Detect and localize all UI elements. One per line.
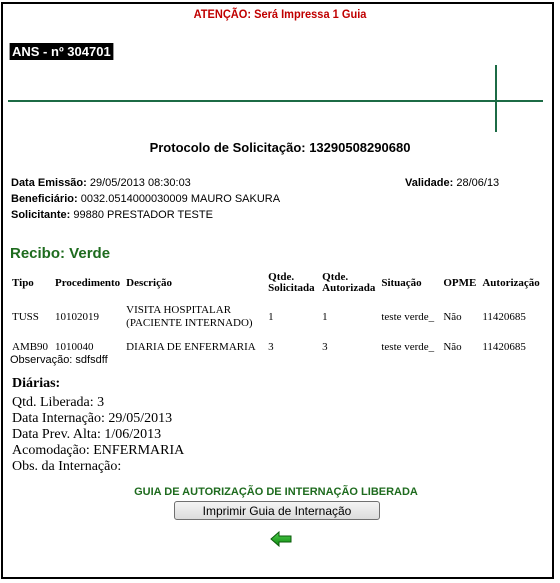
solicitante: Solicitante: 99880 PRESTADOR TESTE (11, 209, 213, 221)
cell-opme: Não (440, 298, 479, 336)
data-emissao: Data Emissão: 29/05/2013 08:30:03 (11, 177, 191, 189)
cell-descricao: DIARIA DE ENFERMARIA (123, 336, 265, 359)
table-row: TUSS 10102019 VISITA HOSPITALAR(PACIENTE… (9, 298, 545, 336)
cell-descricao-line1: VISITA HOSPITALAR (126, 304, 231, 316)
cell-qtde-solicitada: 3 (265, 336, 319, 359)
cell-autorizacao: 11420685 (479, 336, 545, 359)
cell-opme: Não (440, 336, 479, 359)
col-situacao: Situação (378, 268, 440, 298)
acomodacao: Acomodação: ENFERMARIA (12, 443, 184, 459)
col-descricao: Descrição (123, 268, 265, 298)
protocol-title: Protocolo de Solicitação: 13290508290680 (0, 140, 560, 155)
header-divider (8, 100, 543, 102)
ans-number: ANS - nº 304701 (9, 43, 114, 60)
beneficiario-label: Beneficiário: (11, 193, 78, 205)
table-header-row: Tipo Procedimento Descrição Qtde.Solicit… (9, 268, 545, 298)
validade-label: Validade: (405, 177, 453, 189)
cell-descricao-line2: (PACIENTE INTERNADO) (126, 317, 252, 329)
back-button[interactable] (270, 531, 292, 547)
data-emissao-value: 29/05/2013 08:30:03 (90, 177, 191, 189)
observacao: Observação: sdfsdff (10, 354, 108, 366)
data-emissao-label: Data Emissão: (11, 177, 87, 189)
col-procedimento: Procedimento (52, 268, 123, 298)
print-guide-button[interactable]: Imprimir Guia de Internação (174, 501, 380, 520)
attention-message: ATENÇÃO: Será Impressa 1 Guia (22, 7, 537, 21)
cell-autorizacao: 11420685 (479, 298, 545, 336)
col-qtde-autorizada: Qtde.Autorizada (319, 268, 378, 298)
header-vertical-divider (495, 65, 497, 132)
beneficiario: Beneficiário: 0032.0514000030009 MAURO S… (11, 193, 280, 205)
arrow-left-icon (270, 531, 292, 547)
cell-situacao: teste verde_ (378, 298, 440, 336)
recibo-title: Recibo: Verde (10, 245, 110, 262)
col-qtde-solicitada-line2: Solicitada (268, 282, 314, 294)
cell-situacao: teste verde_ (378, 336, 440, 359)
data-internacao: Data Internação: 29/05/2013 (12, 411, 184, 427)
data-prev-alta: Data Prev. Alta: 1/06/2013 (12, 427, 184, 443)
validade: Validade: 28/06/13 (405, 177, 499, 189)
cell-tipo: TUSS (9, 298, 52, 336)
diarias-title: Diárias: (12, 375, 184, 392)
col-opme: OPME (440, 268, 479, 298)
cell-descricao: VISITA HOSPITALAR(PACIENTE INTERNADO) (123, 298, 265, 336)
beneficiario-value: 0032.0514000030009 MAURO SAKURA (81, 193, 280, 205)
col-tipo: Tipo (9, 268, 52, 298)
validade-value: 28/06/13 (456, 177, 499, 189)
status-message: GUIA DE AUTORIZAÇÃO DE INTERNAÇÃO LIBERA… (0, 486, 552, 498)
obs-internacao: Obs. da Internação: (12, 459, 184, 475)
col-qtde-autorizada-line2: Autorizada (322, 282, 375, 294)
col-autorizacao: Autorização (479, 268, 545, 298)
solicitante-label: Solicitante: (11, 209, 70, 221)
procedures-table: Tipo Procedimento Descrição Qtde.Solicit… (9, 268, 545, 359)
cell-procedimento: 10102019 (52, 298, 123, 336)
cell-qtde-autorizada: 3 (319, 336, 378, 359)
cell-qtde-solicitada: 1 (265, 298, 319, 336)
col-qtde-solicitada: Qtde.Solicitada (265, 268, 319, 298)
solicitante-value: 99880 PRESTADOR TESTE (73, 209, 213, 221)
diarias-section: Diárias: Qtd. Liberada: 3 Data Internaçã… (12, 375, 184, 475)
cell-qtde-autorizada: 1 (319, 298, 378, 336)
qtd-liberada: Qtd. Liberada: 3 (12, 395, 184, 411)
